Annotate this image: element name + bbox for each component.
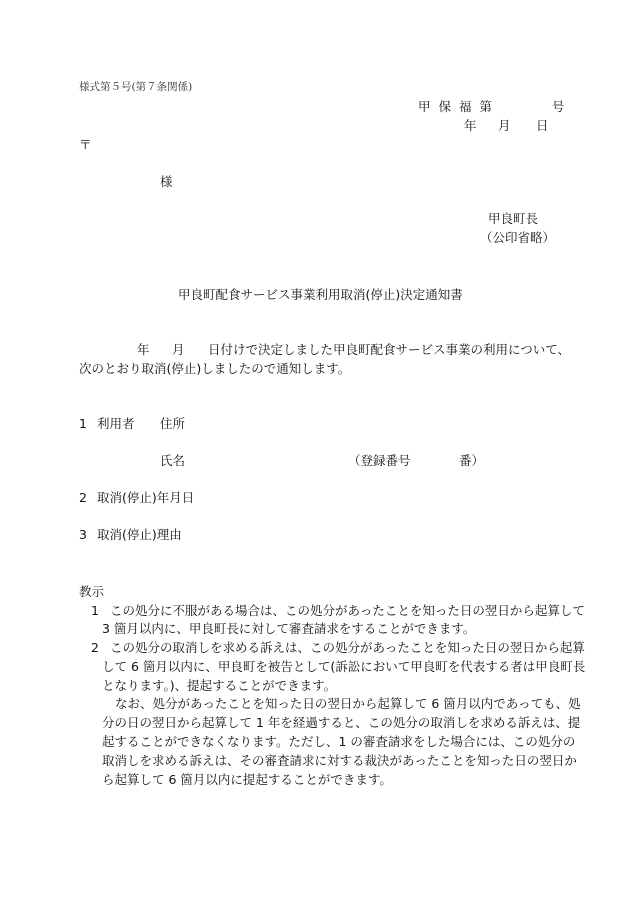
clause-1-number: 1 [91, 605, 99, 618]
intro-month: 月 [172, 344, 185, 357]
note-line-4: 取消しを求める訴えは、その審査請求に対する裁決があったことを知った日の翌日か [102, 755, 577, 768]
instruction-heading: 教示 [79, 586, 104, 599]
clause-2-line-1: この処分の取消しを求める訴えは、この処分があったことを知った日の翌日から起算 [110, 642, 585, 655]
issuer-title: 甲良町長 [488, 213, 538, 226]
seal-note: （公印省略） [480, 232, 555, 245]
registration-number-suffix: 番） [459, 455, 484, 468]
item-1-number: 1 [79, 418, 87, 431]
item-2-number: 2 [79, 492, 87, 505]
date-year: 年 [464, 120, 477, 133]
clause-2-line-2: して 6 箇月以内に、甲良町を被告として(訴訟において甲良町を代表する者は甲良町… [102, 661, 585, 674]
postal-mark: 〒 [79, 139, 92, 152]
item-3-label: 取消(停止)理由 [97, 529, 182, 542]
note-line-5: ら起算して 6 箇月以内に提起することができます。 [102, 774, 392, 787]
intro-text-line1: 日付けで決定しました甲良町配食サービス事業の利用について、 [208, 344, 570, 357]
date-day: 日 [536, 120, 549, 133]
clause-2-line-3: となります。)、提起することができます。 [102, 680, 336, 693]
intro-text-line2: 次のとおり取消(停止)しましたので通知します。 [79, 363, 350, 376]
item-1-label: 利用者 [97, 418, 135, 431]
address-label: 住所 [160, 418, 185, 431]
item-3-number: 3 [79, 529, 87, 542]
form-number: 様式第５号(第７条関係) [79, 82, 192, 93]
document-title: 甲良町配食サービス事業利用取消(停止)決定通知書 [178, 289, 463, 302]
note-line-1: なお、処分があったことを知った日の翌日から起算して 6 箇月以内であっても、処 [115, 698, 581, 711]
clause-1-line-2: 3 箇月以内に、甲良町長に対して審査請求をすることができます。 [102, 623, 475, 636]
item-2-label: 取消(停止)年月日 [97, 492, 194, 505]
clause-1-line-1: この処分に不服がある場合は、この処分があったことを知った日の翌日から起算して [110, 605, 585, 618]
note-line-2: 分の日の翌日から起算して 1 年を経過すると、この処分の取消しを求める訴えは、提 [102, 717, 580, 730]
note-line-3: 起することができなくなります。ただし、1 の審査請求をした場合には、この処分の [102, 736, 575, 749]
registration-number-label: （登録番号 [348, 455, 411, 468]
document-number: 甲 保 福 第 号 [418, 101, 566, 114]
clause-2-number: 2 [91, 642, 99, 655]
intro-year: 年 [137, 344, 150, 357]
name-label: 氏名 [160, 455, 185, 468]
date-month: 月 [498, 120, 511, 133]
recipient-suffix: 様 [160, 176, 173, 189]
